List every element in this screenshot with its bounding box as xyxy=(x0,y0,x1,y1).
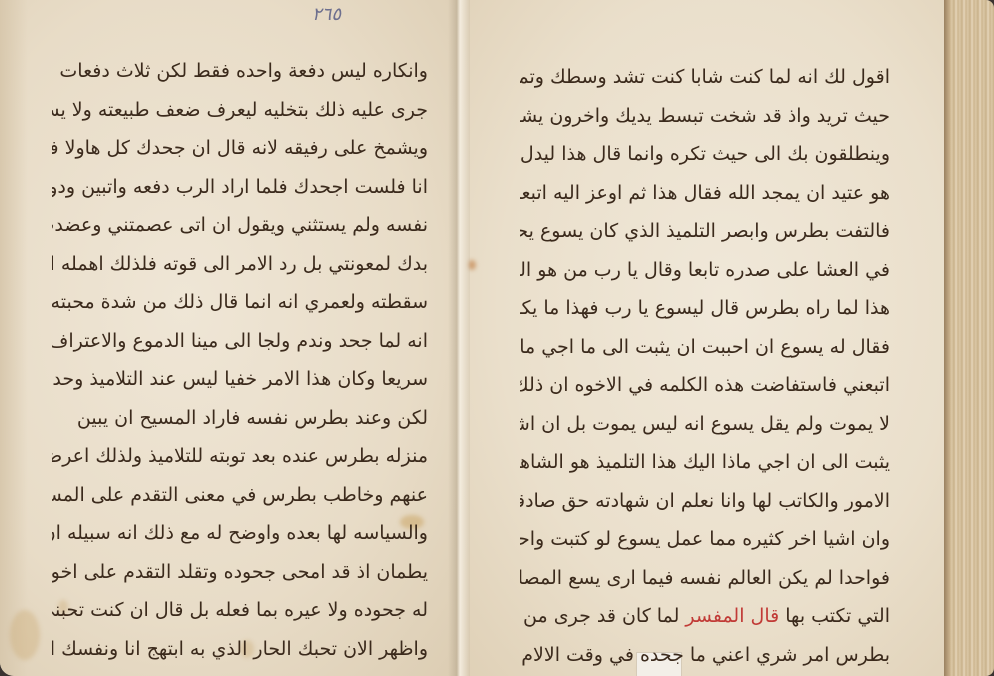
text-line: بدك لمعونتي بل رد الامر الى قوته فلذلك ا… xyxy=(52,245,428,284)
text-line: لا يموت ولم يقل يسوع انه ليس يموت بل ان … xyxy=(520,405,890,444)
text-line: الامور والكاتب لها وانا نعلم ان شهادته ح… xyxy=(520,482,890,521)
text-line-with-rubric: التي تكتب بها قال المفسر لما كان قد جرى … xyxy=(520,597,890,636)
text-line: له جحوده ولا عيره بما فعله بل قال ان كنت… xyxy=(52,591,428,630)
text-fragment: التي تكتب بها xyxy=(785,605,890,627)
text-line: جرى عليه ذلك بتخليه ليعرف ضعف طبيعته ولا… xyxy=(52,91,428,130)
text-line: اتبعني فاستفاضت هذه الكلمه في الاخوه ان … xyxy=(520,366,890,405)
right-page: اقول لك انه لما كنت شابا كنت تشد وسطك وت… xyxy=(458,0,948,676)
text-line: هذا لما راه بطرس قال ليسوع يا رب فهذا ما… xyxy=(520,289,890,328)
text-line: اقول لك انه لما كنت شابا كنت تشد وسطك وت… xyxy=(520,58,890,97)
folio-number: ٢٦٥ xyxy=(312,4,341,25)
text-line: انه لما جحد وندم ولجا الى مينا الدموع وا… xyxy=(52,322,428,361)
text-line: يثبت الى ان اجي ماذا اليك هذا التلميذ هو… xyxy=(520,443,890,482)
text-fragment: لما كان قد جرى من xyxy=(523,605,679,627)
text-line: حيث تريد واذ قد شخت تبسط يديك واخرون يشد… xyxy=(520,97,890,136)
text-line: في العشا على صدره تابعا وقال يا رب من هو… xyxy=(520,251,890,290)
text-line: نفسه ولم يستثني ويقول ان اتى عصمتني وعضد… xyxy=(52,206,428,245)
text-line: سقطته ولعمري انه انما قال ذلك من شدة محب… xyxy=(52,283,428,322)
book-gutter xyxy=(448,0,470,676)
text-line: سريعا وكان هذا الامر خفيا ليس عند التلام… xyxy=(52,360,428,399)
text-line: منزله بطرس عنده بعد توبته للتلاميذ ولذلك… xyxy=(52,437,428,476)
right-page-text: اقول لك انه لما كنت شابا كنت تشد وسطك وت… xyxy=(520,58,890,674)
manuscript-spread: ٢٦٥ وانكاره ليس دفعة واحده فقط لكن ثلاث … xyxy=(0,0,994,676)
text-line: وينطلقون بك الى حيث تكره وانما قال هذا ل… xyxy=(520,135,890,174)
text-line: فقال له يسوع ان احببت ان يثبت الى ما اجي… xyxy=(520,328,890,367)
text-line: انا فلست اجحدك فلما اراد الرب دفعه واتبي… xyxy=(52,168,428,207)
text-line: وان اشيا اخر كثيره مما عمل يسوع لو كتبت … xyxy=(520,520,890,559)
text-line: يطمان اذ قد امحى جحوده وتقلد التقدم على … xyxy=(52,553,428,592)
text-line: وانكاره ليس دفعة واحده فقط لكن ثلاث دفعا… xyxy=(52,52,428,91)
rubric-heading: قال المفسر xyxy=(685,605,779,627)
text-line: بطرس امر شري اعني ما جحده في وقت الالام … xyxy=(520,636,890,675)
text-line: هو عتيد ان يمجد الله فقال هذا ثم اوعز ال… xyxy=(520,174,890,213)
paper-stain xyxy=(10,610,40,660)
left-page: ٢٦٥ وانكاره ليس دفعة واحده فقط لكن ثلاث … xyxy=(0,0,458,676)
text-line: فالتفت بطرس وابصر التلميذ الذي كان يسوع … xyxy=(520,212,890,251)
text-line: ويشمخ على رفيقه لانه قال ان جحدك كل هاول… xyxy=(52,129,428,168)
left-page-text: وانكاره ليس دفعة واحده فقط لكن ثلاث دفعا… xyxy=(52,52,428,668)
text-line: فواحدا لم يكن العالم نفسه فيما ارى يسع ا… xyxy=(520,559,890,598)
text-line: واظهر الان تحبك الحار الذي به ابتهج انا … xyxy=(52,630,428,669)
text-line: عنهم وخاطب بطرس في معنى التقدم على المسك… xyxy=(52,476,428,515)
text-line: لكن وعند بطرس نفسه فاراد المسيح ان يبين xyxy=(52,399,428,438)
text-line: والسياسه لها بعده واوضح له مع ذلك انه سب… xyxy=(52,514,428,553)
page-fore-edge xyxy=(944,0,994,676)
